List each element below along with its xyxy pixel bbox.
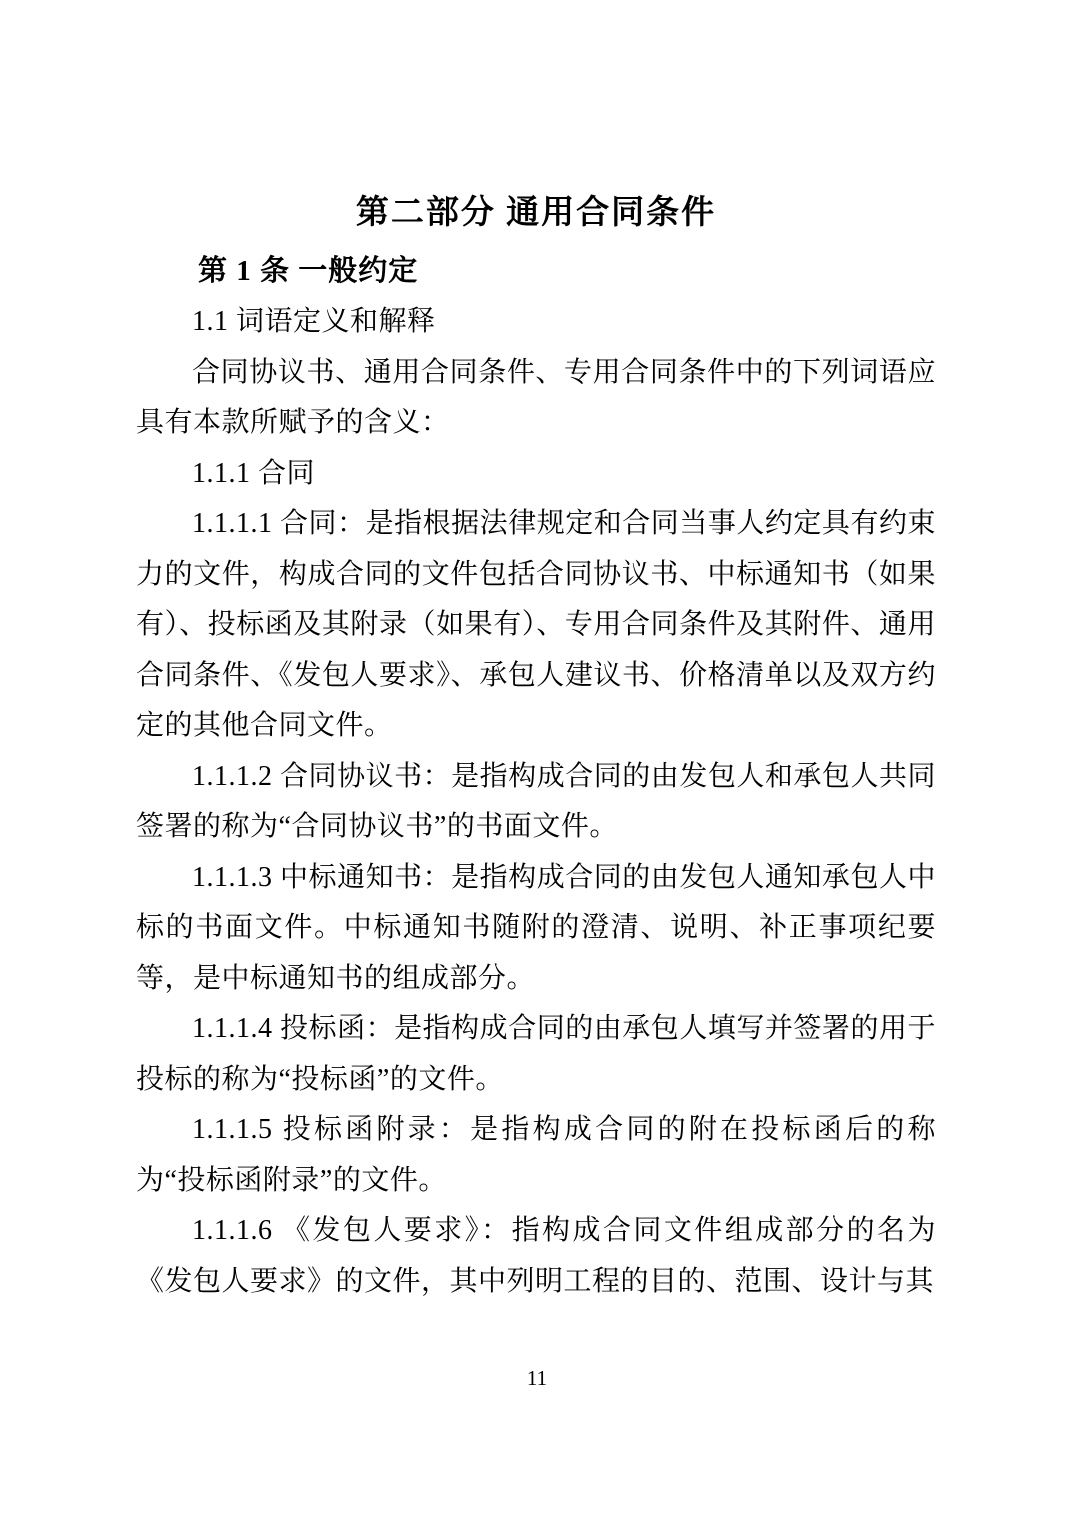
paragraph-clause-1-1-1: 1.1.1 合同 <box>136 449 936 500</box>
page-number: 11 <box>0 1364 1074 1392</box>
section-heading: 第 1 条 一般约定 <box>136 246 936 297</box>
document-content: 第二部分 通用合同条件 第 1 条 一般约定 1.1 词语定义和解释 合同协议书… <box>136 0 936 1307</box>
paragraph-clause-1-1-1-3: 1.1.1.3 中标通知书：是指构成合同的由发包人通知承包人中标的书面文件。中标… <box>136 853 936 1005</box>
document-page: 第二部分 通用合同条件 第 1 条 一般约定 1.1 词语定义和解释 合同协议书… <box>0 0 1074 1520</box>
paragraph-clause-1-1-1-2: 1.1.1.2 合同协议书：是指构成合同的由发包人和承包人共同签署的称为“合同协… <box>136 752 936 853</box>
paragraph-clause-1-1-1-6: 1.1.1.6 《发包人要求》：指构成合同文件组成部分的名为《发包人要求》的文件… <box>136 1206 936 1307</box>
paragraph-clause-1-1-1-5: 1.1.1.5 投标函附录：是指构成合同的附在投标函后的称为“投标函附录”的文件… <box>136 1105 936 1206</box>
paragraph-definitions-intro: 合同协议书、通用合同条件、专用合同条件中的下列词语应具有本款所赋予的含义： <box>136 348 936 449</box>
paragraph-clause-1-1-1-1: 1.1.1.1 合同：是指根据法律规定和合同当事人约定具有约束力的文件，构成合同… <box>136 499 936 752</box>
paragraph-clause-1-1-1-4: 1.1.1.4 投标函：是指构成合同的由承包人填写并签署的用于投标的称为“投标函… <box>136 1004 936 1105</box>
paragraph-clause-1-1: 1.1 词语定义和解释 <box>136 297 936 348</box>
document-title: 第二部分 通用合同条件 <box>136 190 936 236</box>
